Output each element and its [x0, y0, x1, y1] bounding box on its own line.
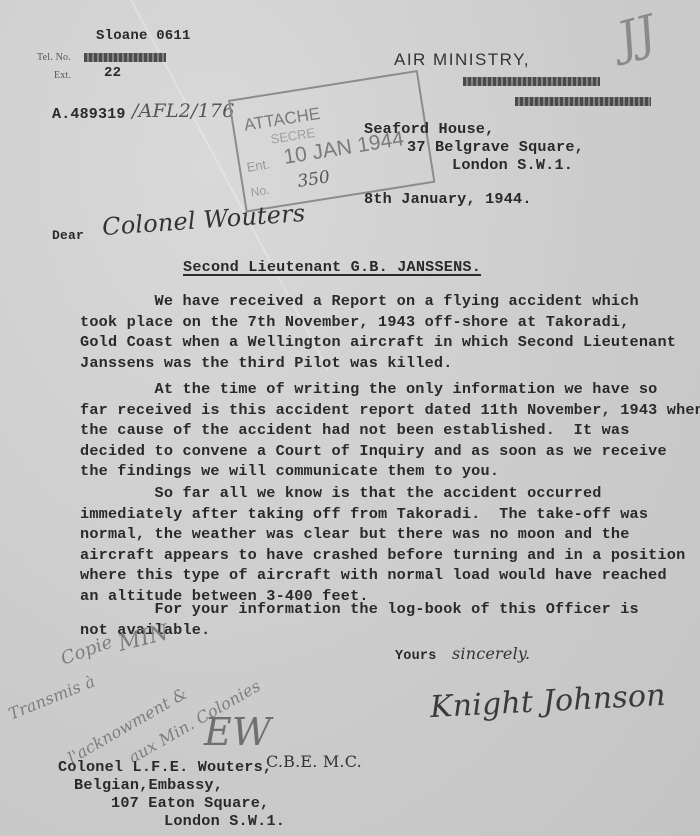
stamp-number: 350: [296, 167, 331, 192]
paragraph-line: immediately after taking off from Takora…: [80, 504, 685, 525]
struck-out-address-1: [463, 77, 600, 86]
paragraph-line: At the time of writing the only informat…: [80, 379, 700, 400]
paragraph-line: the findings we will communicate them to…: [80, 461, 700, 482]
sender-address-line2: 37 Belgrave Square,: [407, 138, 584, 156]
paragraph-2: At the time of writing the only informat…: [80, 379, 700, 482]
handwritten-reference: /AFL2/176: [132, 100, 234, 122]
ext-label: Ext.: [54, 70, 71, 81]
recipient-name: Colonel L.F.E. Wouters,: [58, 758, 272, 776]
recipient-address-line4: London S.W.1.: [164, 812, 285, 830]
struck-out-number: [84, 53, 166, 62]
paragraph-line: Janssens was the third Pilot was killed.: [80, 353, 676, 374]
paragraph-3: So far all we know is that the accident …: [80, 483, 685, 606]
sender-address-line3: London S.W.1.: [452, 156, 573, 174]
reference-number: A.489319: [52, 106, 126, 123]
paragraph-line: aircraft appears to have crashed before …: [80, 545, 685, 566]
ministry-name: AIR MINISTRY,: [394, 50, 530, 70]
letter-subject: Second Lieutenant G.B. JANSSENS.: [183, 258, 481, 276]
annotation-initials-ew: EW: [204, 710, 271, 754]
salutation-dear: Dear: [52, 228, 84, 243]
margin-initials: JJ: [612, 4, 662, 66]
paragraph-line: For your information the log-book of thi…: [80, 599, 639, 620]
paragraph-line: normal, the weather was clear but there …: [80, 524, 685, 545]
paragraph-1: We have received a Report on a flying ac…: [80, 291, 676, 373]
letter-date: 8th January, 1944.: [364, 190, 532, 208]
extension-number: 22: [104, 65, 121, 81]
stamp-entry-label: Ent.: [246, 156, 271, 174]
paragraph-line: So far all we know is that the accident …: [80, 483, 685, 504]
tel-label: Tel. No.: [37, 52, 71, 63]
closing-yours: Yours: [395, 649, 437, 664]
struck-out-address-2: [515, 97, 651, 106]
recipient-honours: C.B.E. M.C.: [266, 752, 362, 771]
recipient-address-line3: 107 Eaton Square,: [111, 794, 269, 812]
paragraph-line: where this type of aircraft with normal …: [80, 565, 685, 586]
paragraph-line: Gold Coast when a Wellington aircraft in…: [80, 332, 676, 353]
paragraph-line: the cause of the accident had not been e…: [80, 420, 700, 441]
recipient-address-line2: Belgian,Embassy,: [74, 776, 223, 794]
paragraph-line: We have received a Report on a flying ac…: [80, 291, 676, 312]
signature: Knight Johnson: [429, 678, 666, 725]
letter-page: Sloane 0611 Tel. No. Ext. 22 A.489319 /A…: [0, 0, 700, 836]
salutation-name: Colonel Wouters: [101, 199, 306, 241]
paragraph-line: decided to convene a Court of Inquiry an…: [80, 441, 700, 462]
stamp-no-label: No.: [250, 183, 271, 200]
closing-sincerely: sincerely.: [452, 644, 530, 663]
paragraph-line: far received is this accident report dat…: [80, 400, 700, 421]
paragraph-line: took place on the 7th November, 1943 off…: [80, 312, 676, 333]
telephone-exchange: Sloane 0611: [96, 28, 191, 44]
annotation-transmis: Transmis à: [6, 672, 98, 724]
sender-address-line1: Seaford House,: [364, 120, 494, 138]
